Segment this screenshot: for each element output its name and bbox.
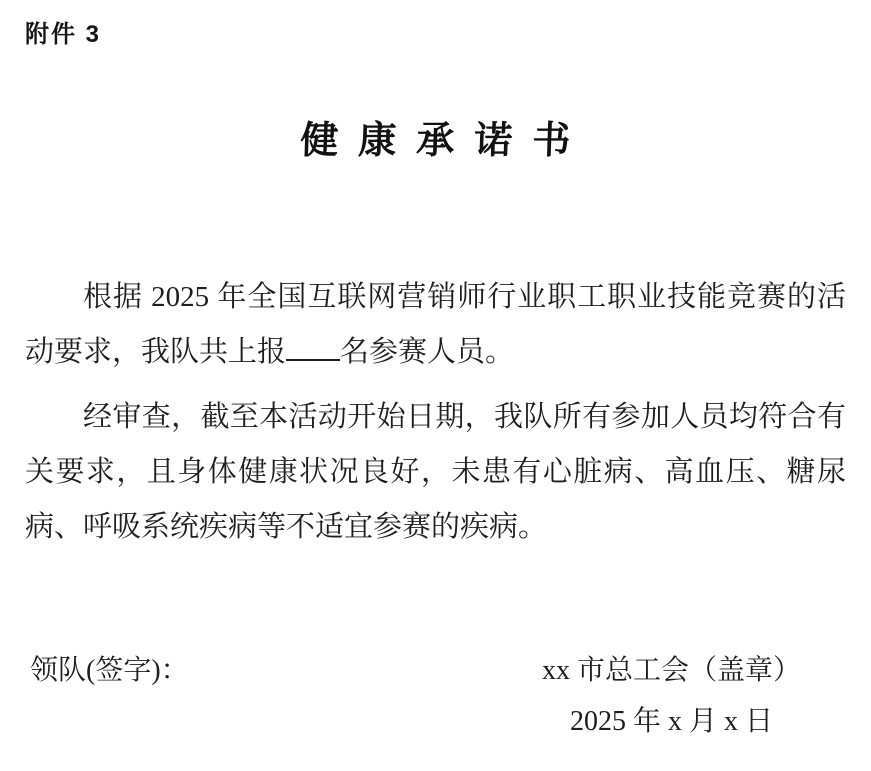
- seal-and-date-block: xx 市总工会（盖章） 2025 年 x 月 x 日: [542, 652, 801, 741]
- document-page: 附件 3 健康承诺书 根据 2025 年全国互联网营销师行业职工职业技能竞赛的活…: [0, 0, 871, 771]
- paragraph-participant-count: 根据 2025 年全国互联网营销师行业职工职业技能竞赛的活动要求，我队共上报名参…: [25, 270, 846, 380]
- para1-text-after-blank: 名参赛人员。: [340, 336, 514, 368]
- date-line: 2025 年 x 月 x 日: [542, 703, 801, 741]
- paragraph-health-declaration: 经审查，截至本活动开始日期，我队所有参加人员均符合有关要求，且身体健康状况良好，…: [25, 390, 846, 555]
- participant-count-blank: [286, 331, 340, 361]
- attachment-label: 附件 3: [0, 0, 871, 49]
- org-seal-label: xx 市总工会（盖章）: [542, 652, 801, 690]
- leader-signature-label: 领队(签字)：: [30, 652, 189, 690]
- document-body: 根据 2025 年全国互联网营销师行业职工职业技能竞赛的活动要求，我队共上报名参…: [0, 270, 871, 555]
- signature-section: 领队(签字)： xx 市总工会（盖章） 2025 年 x 月 x 日: [0, 652, 871, 741]
- document-title: 健康承诺书: [0, 109, 871, 164]
